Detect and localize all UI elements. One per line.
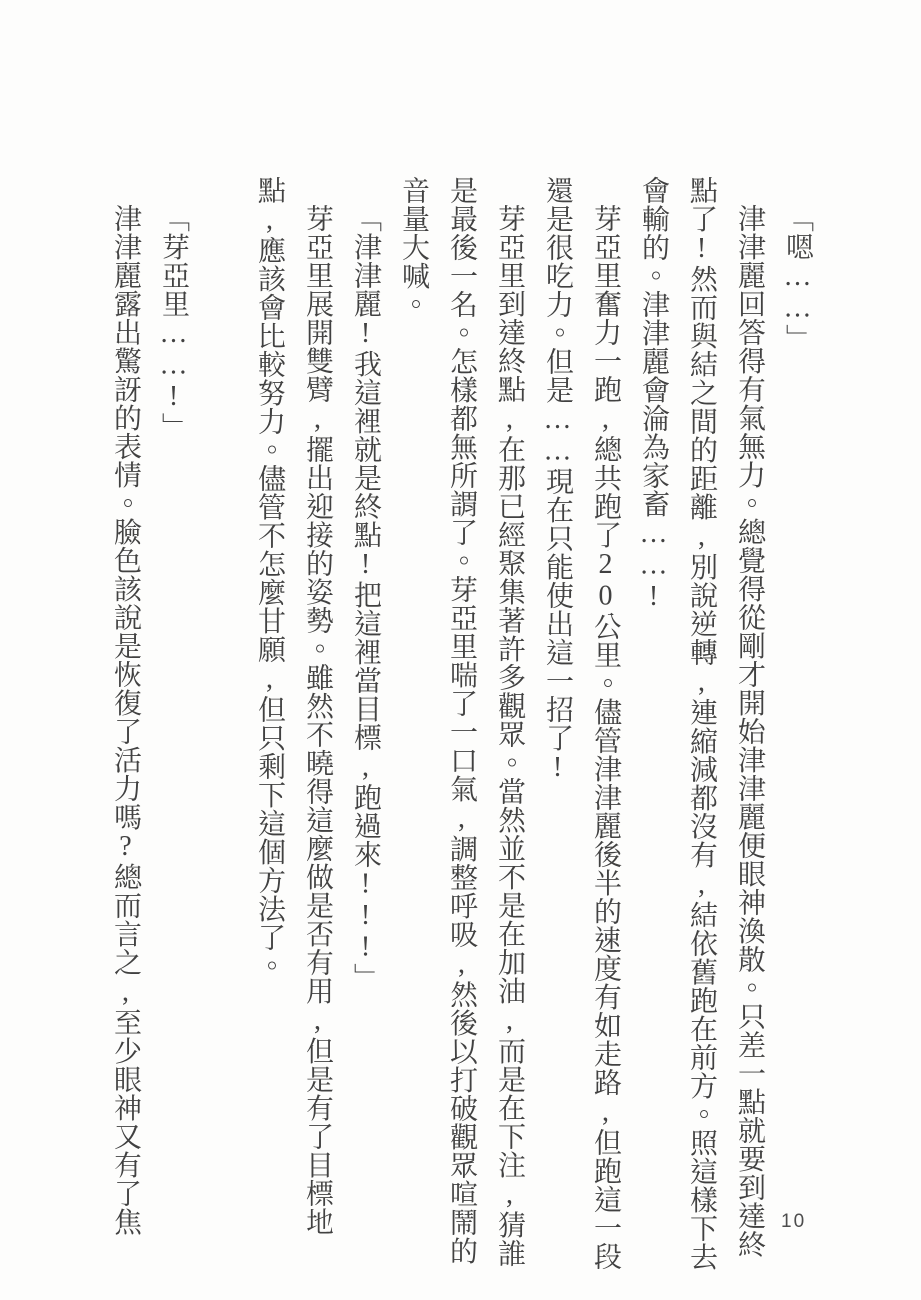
text-line: 芽亞里奮力一跑,總共跑了20公里。儘管津津麗後半的速度有如走路,但跑這一段: [581, 176, 629, 1251]
text-line: 「津津麗!我這裡就是終點!把這裡當目標,跑過來!!!」: [341, 176, 389, 1251]
text-line: 芽亞里到達終點,在那已經聚集著許多觀眾。當然並不是在加油,而是在下注,猜誰: [485, 176, 533, 1251]
text-line: 是最後一名。怎樣都無所謂了。芽亞里喘了一口氣,調整呼吸,然後以打破觀眾喧鬧的: [437, 176, 485, 1251]
page-number: 10: [781, 1211, 806, 1233]
text-line: 芽亞里展開雙臂,擺出迎接的姿勢。雖然不曉得這麼做是否有用,但是有了目標地: [293, 176, 341, 1251]
text-line: 津津麗露出驚訝的表情。臉色該說是恢復了活力嗎?總而言之,至少眼神又有了焦: [101, 176, 149, 1251]
vertical-text-block: 「嗯……」津津麗回答得有氣無力。總覺得從剛才開始津津麗便眼神渙散。只差一點就要到…: [99, 176, 821, 1251]
text-line: 「嗯……」: [773, 176, 821, 1251]
text-line: 會輸的。津津麗會淪為家畜……!: [629, 176, 677, 1251]
text-line: 音量大喊。: [389, 176, 437, 1251]
book-page: 「嗯……」津津麗回答得有氣無力。總覺得從剛才開始津津麗便眼神渙散。只差一點就要到…: [0, 0, 921, 1300]
text-line: 點,應該會比較努力。儘管不怎麼甘願,但只剩下這個方法了。: [245, 176, 293, 1251]
text-line: 「芽亞里……!」: [149, 176, 197, 1251]
text-line: 點了!然而與結之間的距離,別說逆轉,連縮減都沒有,結依舊跑在前方。照這樣下去: [677, 176, 725, 1251]
text-line: 還是很吃力。但是……現在只能使出這一招了!: [533, 176, 581, 1251]
text-line: 津津麗回答得有氣無力。總覺得從剛才開始津津麗便眼神渙散。只差一點就要到達終: [725, 176, 773, 1251]
